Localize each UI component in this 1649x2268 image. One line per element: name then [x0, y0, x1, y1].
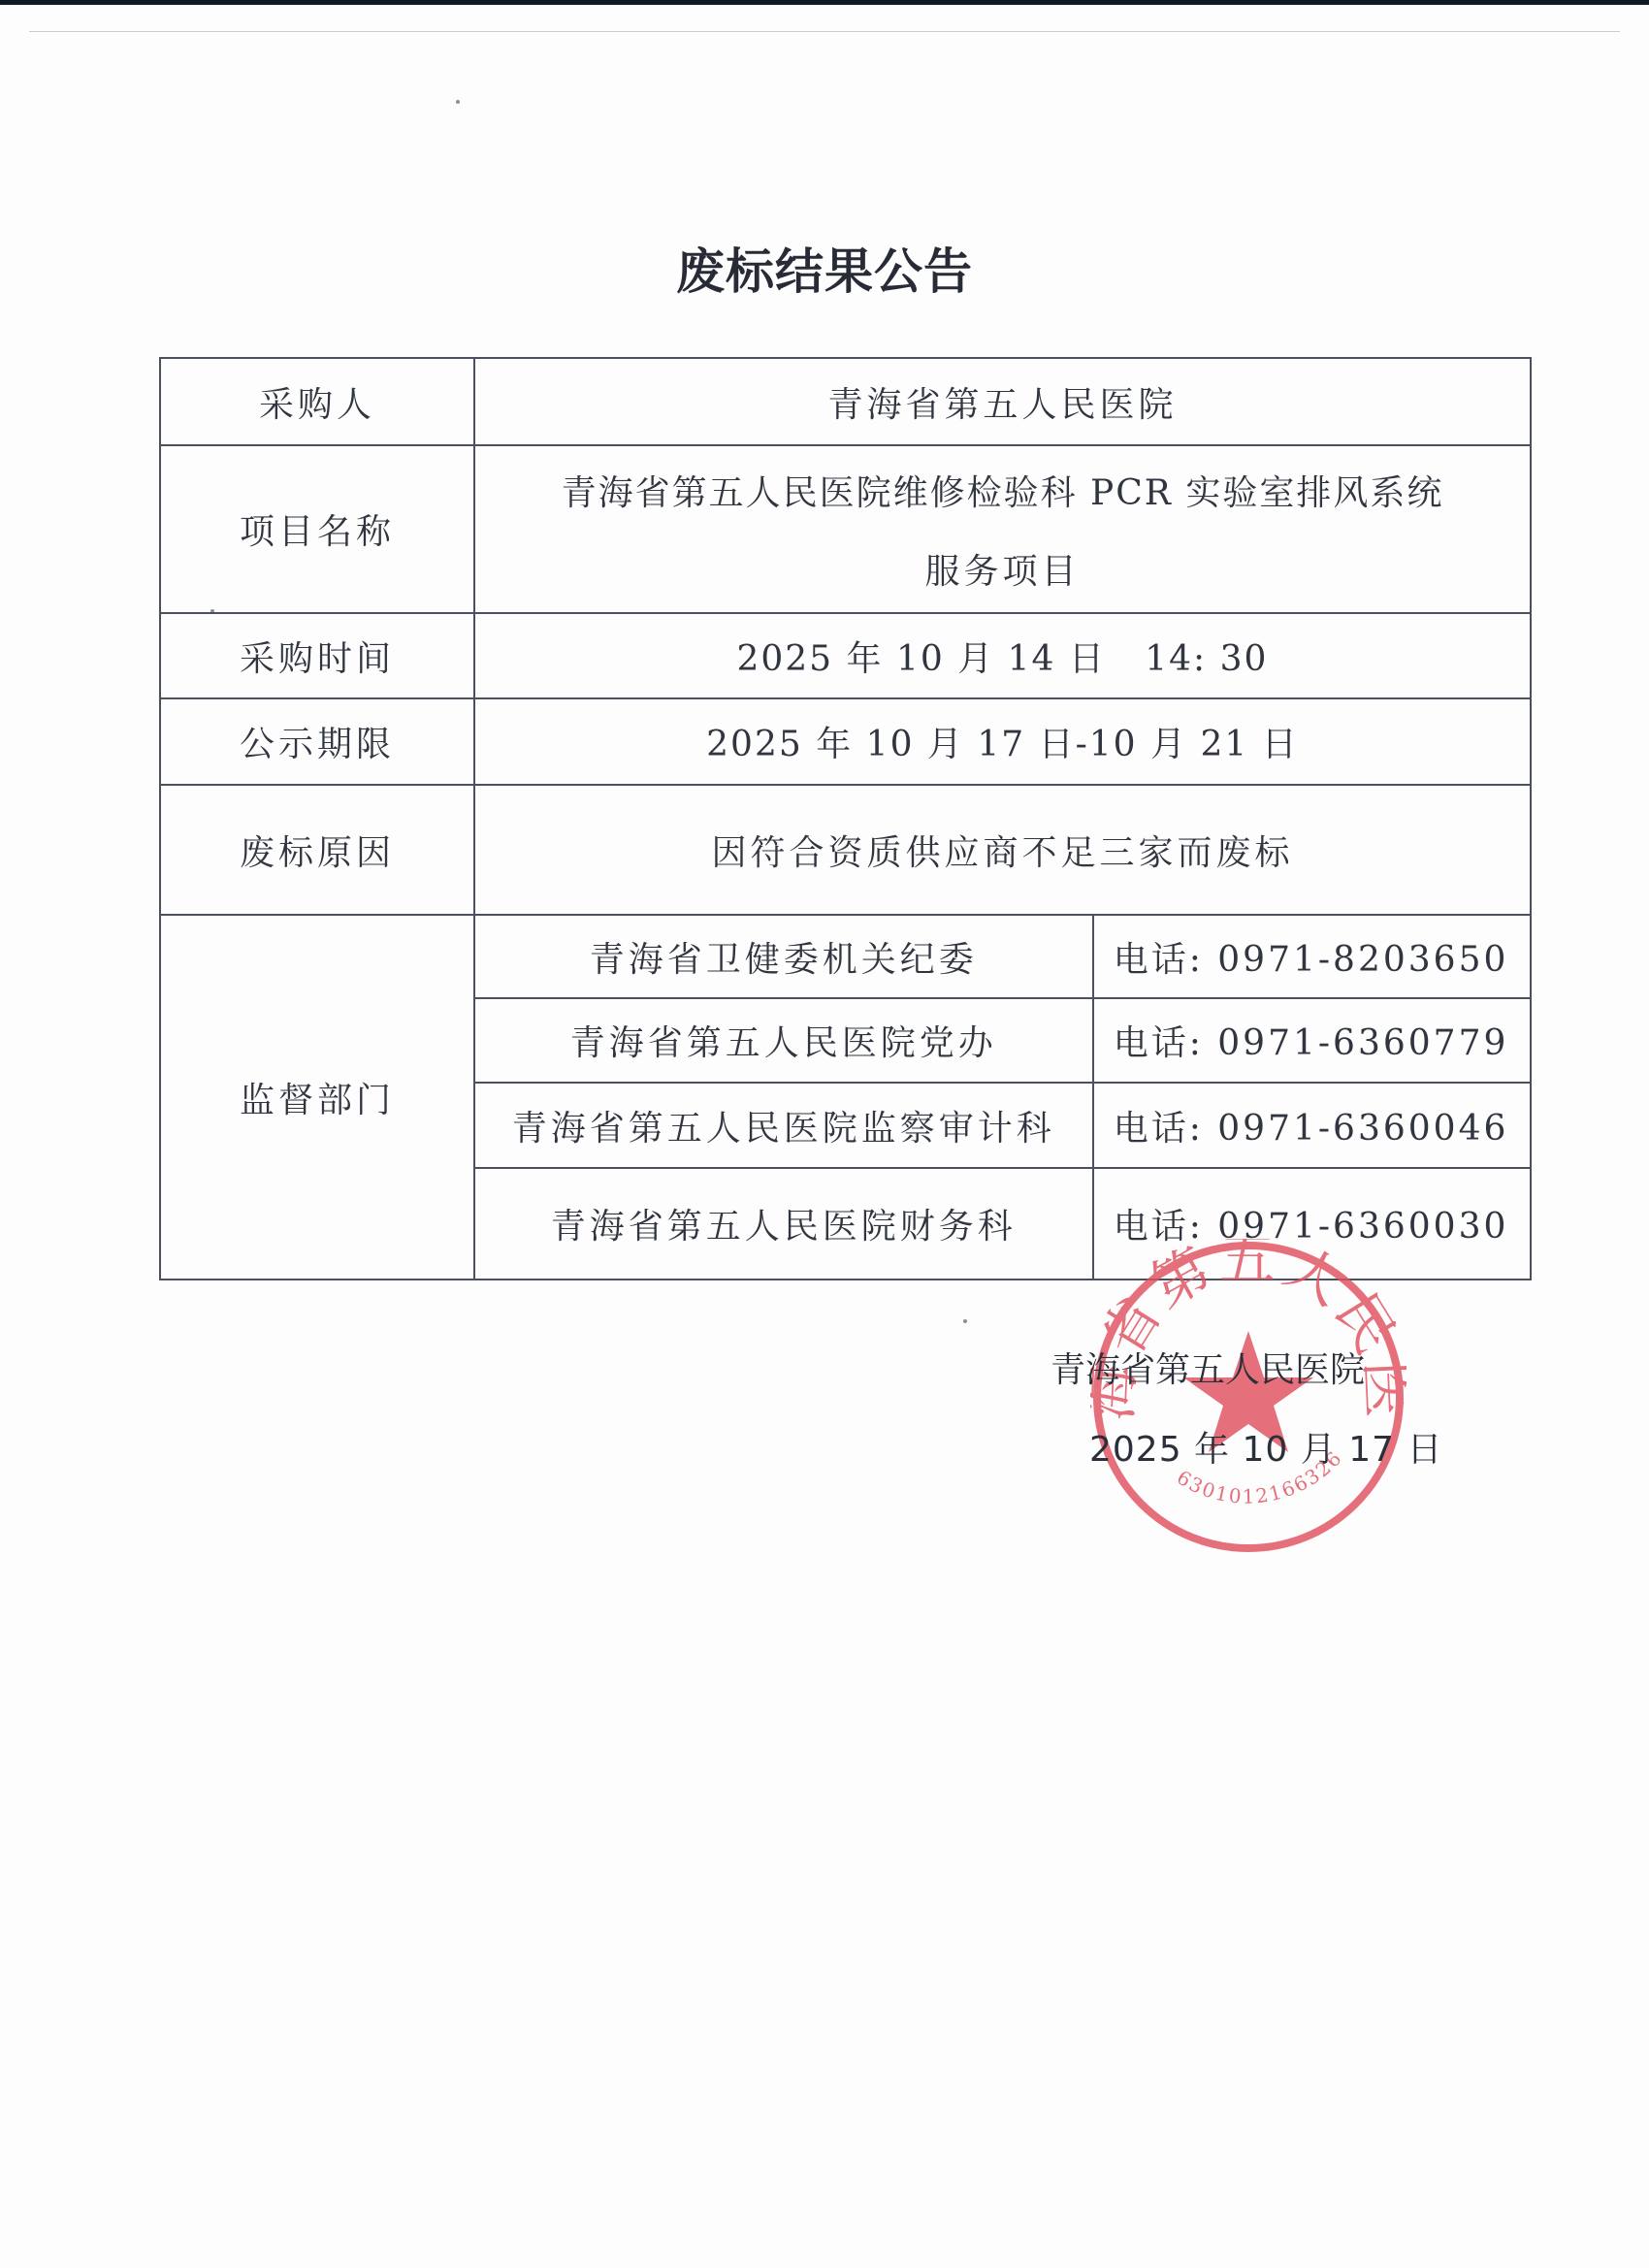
signature-organization: 青海省第五人民医院	[1051, 1343, 1365, 1392]
project-name-line1: 青海省第五人民医院维修检验科 PCR 实验室排风系统	[562, 473, 1444, 513]
supervision-dept-name: 青海省卫健委机关纪委	[474, 915, 1093, 998]
scan-speck	[456, 100, 460, 104]
table-row-supervision-1: 监督部门 青海省卫健委机关纪委 电话: 0971-8203650	[160, 915, 1531, 998]
table-row-project-name: 项目名称 青海省第五人民医院维修检验科 PCR 实验室排风系统 服务项目	[160, 445, 1531, 613]
supervision-dept-name: 青海省第五人民医院财务科	[474, 1168, 1093, 1280]
supervision-dept-phone: 电话: 0971-6360046	[1093, 1083, 1531, 1168]
value-purchaser: 青海省第五人民医院	[474, 358, 1531, 445]
table-row-failure-reason: 废标原因 因符合资质供应商不足三家而废标	[160, 785, 1531, 915]
value-failure-reason: 因符合资质供应商不足三家而废标	[474, 785, 1531, 915]
label-failure-reason: 废标原因	[160, 785, 474, 915]
notice-table: 采购人 青海省第五人民医院 项目名称 青海省第五人民医院维修检验科 PCR 实验…	[159, 357, 1532, 1280]
supervision-dept-name: 青海省第五人民医院党办	[474, 998, 1093, 1083]
label-publicity-period: 公示期限	[160, 698, 474, 785]
label-procurement-time: 采购时间	[160, 613, 474, 698]
supervision-dept-phone: 电话: 0971-8203650	[1093, 915, 1531, 998]
value-project-name: 青海省第五人民医院维修检验科 PCR 实验室排风系统 服务项目	[474, 445, 1531, 613]
label-purchaser: 采购人	[160, 358, 474, 445]
table-row-purchaser: 采购人 青海省第五人民医院	[160, 358, 1531, 445]
label-supervision: 监督部门	[160, 915, 474, 1280]
table-row-procurement-time: 采购时间 2025 年 10 月 14 日 14: 30	[160, 613, 1531, 698]
label-project-name: 项目名称	[160, 445, 474, 613]
value-publicity-period: 2025 年 10 月 17 日-10 月 21 日	[474, 698, 1531, 785]
supervision-dept-phone: 电话: 0971-6360779	[1093, 998, 1531, 1083]
scan-speck	[963, 1319, 967, 1323]
value-procurement-time: 2025 年 10 月 14 日 14: 30	[474, 613, 1531, 698]
page-title: 废标结果公告	[0, 233, 1649, 303]
project-name-line2: 服务项目	[475, 544, 1530, 594]
table-row-publicity-period: 公示期限 2025 年 10 月 17 日-10 月 21 日	[160, 698, 1531, 785]
supervision-dept-name: 青海省第五人民医院监察审计科	[474, 1083, 1093, 1168]
scan-border	[0, 0, 1649, 5]
signature-date: 2025 年 10 月 17 日	[1089, 1422, 1442, 1472]
official-seal-icon: 青海省第五人民医院 6301012166326	[1090, 1239, 1406, 1555]
scan-artifact-line	[29, 31, 1620, 32]
